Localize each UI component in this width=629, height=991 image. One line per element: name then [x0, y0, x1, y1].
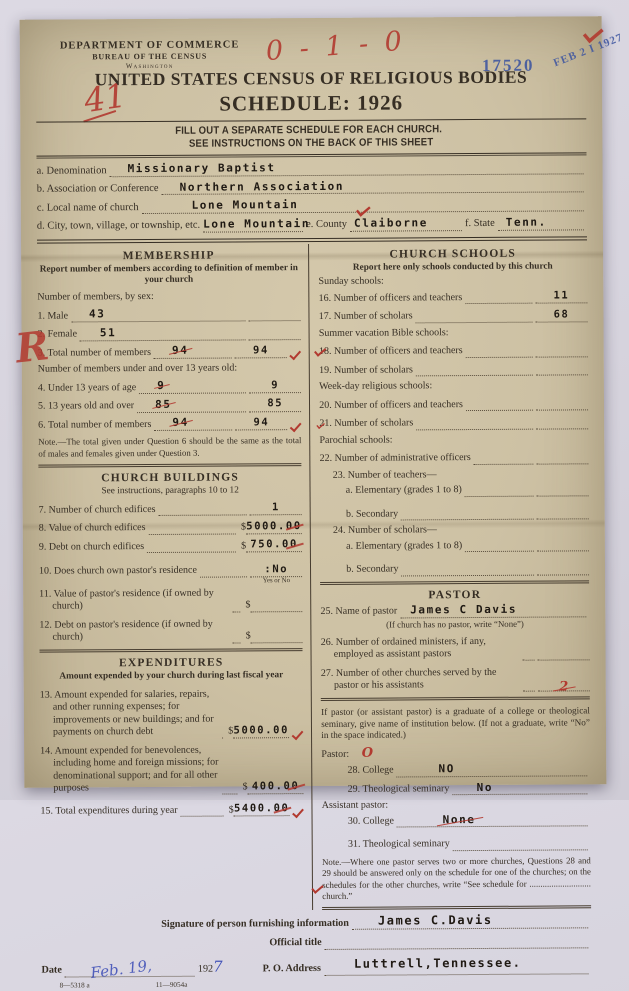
q9-leader	[147, 541, 236, 554]
association-row: b. Association or Conference Northern As…	[37, 179, 587, 195]
q20-row: 20. Number of officers and teachers	[319, 398, 588, 412]
q26-answer	[538, 648, 590, 660]
expenditures-subheading: Amount expended by your church during la…	[40, 670, 303, 683]
summer-schools-label: Summer vacation Bible schools:	[319, 326, 588, 340]
q6-row: 6. Total number of members 94 94	[38, 418, 301, 432]
q7-row: 7. Number of church edifices 1	[39, 503, 302, 517]
banner-left-text: FILL OUT A SEPARATE SCHEDULE FOR EACH CH…	[175, 123, 442, 138]
city-county-state-row: d. City, town, village, or township, etc…	[37, 217, 587, 233]
denomination-row: a. Denomination Missionary Baptist	[37, 161, 587, 177]
denomination-field: Missionary Baptist	[110, 162, 584, 177]
city-value: Lone Mountain	[203, 217, 310, 231]
q17-label: 17. Number of scholars	[319, 311, 413, 324]
q7-answer: 1	[250, 503, 302, 515]
q23a-row: a. Elementary (grades 1 to 8)	[320, 484, 589, 498]
q20-label: 20. Number of officers and teachers	[319, 399, 463, 412]
q29-value: No	[477, 781, 494, 795]
q5-row: 5. 13 years old and over 85 85	[38, 399, 301, 413]
sunday-schools-label: Sunday schools:	[318, 275, 587, 289]
q24b-leader	[401, 564, 534, 577]
state-value: Tenn.	[506, 215, 547, 229]
margin-letter: R	[13, 321, 52, 374]
q8-answer: 5000.00	[246, 522, 302, 534]
pastor-heading: PASTOR	[320, 587, 589, 603]
q18-leader	[466, 346, 533, 358]
denomination-label: a. Denomination	[37, 164, 107, 178]
q19-answer	[536, 364, 588, 376]
q9-value: 750.00	[246, 538, 302, 551]
rule	[321, 696, 590, 701]
census-schedule-form: DEPARTMENT OF COMMERCE BUREAU OF THE CEN…	[20, 16, 607, 788]
local-name-value: Lone Mountain	[192, 198, 299, 212]
city-field: Lone Mountain	[203, 220, 303, 233]
schools-heading: CHURCH SCHOOLS	[318, 246, 587, 262]
graduate-instruction: If pastor (or assistant pastor) is a gra…	[321, 705, 590, 742]
q6-answer: 94	[235, 418, 287, 430]
q8-value: 5000.00	[246, 520, 302, 533]
q23a-leader	[465, 485, 534, 497]
q24b-label: b. Secondary	[346, 564, 398, 577]
q14-row: 14. Amount expended for benevolences, in…	[40, 744, 304, 796]
q13-row: 13. Amount expended for salaries, repair…	[40, 688, 304, 740]
q3-value: 94	[235, 344, 287, 357]
q19-leader	[416, 364, 533, 377]
q10-answer: :No Yes or No	[250, 565, 302, 577]
rule	[320, 580, 589, 585]
q5-label: 5. 13 years old and over	[38, 400, 134, 413]
q13-answer: 5000.00	[233, 726, 289, 738]
q8-label: 8. Value of church edifices	[39, 522, 146, 535]
q1-row: 1. Male 43	[37, 309, 300, 323]
q17-row: 17. Number of scholars 68	[319, 310, 588, 324]
members-by-sex-label: Number of members, by sex:	[37, 290, 300, 304]
check-icon	[292, 728, 304, 740]
q17-value: 68	[535, 308, 587, 321]
buildings-heading: CHURCH BUILDINGS	[38, 470, 301, 486]
q25-caption: (If church has no pastor, write “None”)	[321, 618, 590, 631]
parochial-schools-label: Parochial schools:	[319, 433, 588, 447]
q3-label: 3. Total number of members	[38, 347, 151, 360]
agency-block: DEPARTMENT OF COMMERCE BUREAU OF THE CEN…	[60, 38, 240, 71]
q26-leader	[523, 648, 535, 660]
q23b-answer	[537, 508, 589, 520]
q23b-label: b. Secondary	[346, 508, 398, 521]
q4-row: 4. Under 13 years of age 9 9	[38, 381, 301, 395]
county-label: e. County	[306, 218, 347, 231]
schools-subheading: Report here only schools conducted by th…	[318, 261, 587, 274]
q3-leader: 94	[154, 347, 232, 359]
q23b-row: b. Secondary	[320, 507, 589, 521]
department-line: DEPARTMENT OF COMMERCE	[60, 38, 240, 52]
q23-label: 23. Number of teachers—	[320, 468, 589, 482]
q7-value: 1	[250, 501, 302, 514]
q22-answer	[536, 452, 588, 464]
q21-answer	[536, 417, 588, 429]
weekday-schools-label: Week-day religious schools:	[319, 380, 588, 394]
q8-leader	[148, 522, 236, 535]
q24-label: 24. Number of scholars—	[320, 524, 589, 538]
q10-value: :No	[250, 563, 302, 576]
q5-value: 85	[249, 398, 301, 411]
q6-value: 94	[235, 416, 287, 429]
q10-label: 10. Does church own pastor's residence	[39, 565, 197, 578]
q5-entry-struck: 85	[155, 398, 172, 412]
q6-leader: 94	[154, 419, 232, 431]
check-icon	[290, 420, 302, 432]
q22-label: 22. Number of administrative officers	[320, 453, 471, 466]
q27-answer: 2	[538, 679, 590, 691]
membership-subheading: Report number of members according to de…	[37, 263, 300, 288]
rule	[40, 648, 303, 653]
q4-value: 9	[249, 379, 301, 392]
q14-leader	[222, 782, 237, 794]
q19-label: 19. Number of scholars	[319, 364, 413, 377]
q23b-leader	[401, 508, 534, 521]
q5-leader: 85	[137, 400, 246, 413]
q11-answer	[250, 600, 302, 612]
q24b-answer	[537, 563, 589, 575]
q11-row: 11. Value of pastor's residence (if owne…	[39, 587, 302, 614]
q24a-row: a. Elementary (grades 1 to 8)	[320, 539, 589, 553]
q18-answer	[536, 345, 588, 357]
q12-leader	[232, 631, 241, 643]
q26-row: 26. Number of ordained ministers, if any…	[321, 635, 590, 662]
left-column: MEMBERSHIP Report number of members acco…	[37, 244, 313, 800]
q18-label: 18. Number of officers and teachers	[319, 346, 463, 359]
association-field: Northern Association	[162, 181, 584, 196]
members-by-age-label: Number of members under and over 13 year…	[38, 362, 301, 376]
city-label: d. City, town, village, or township, etc…	[37, 219, 200, 233]
local-name-label: c. Local name of church	[37, 201, 139, 215]
q14-value: 400.00	[248, 780, 304, 793]
buildings-subheading: See instructions, paragraphs 10 to 12	[39, 485, 302, 498]
q3-entry-struck: 94	[172, 344, 189, 358]
q16-row: 16. Number of officers and teachers 11	[319, 291, 588, 305]
denomination-value: Missionary Baptist	[128, 161, 276, 176]
q25-label: 25. Name of pastor	[320, 606, 397, 619]
q25-leader: James C Davis	[400, 605, 586, 618]
q28-leader: NO	[397, 764, 588, 777]
q12-answer	[251, 631, 303, 643]
q4-answer: 9	[249, 381, 301, 393]
q27-leader	[523, 679, 535, 691]
form-title: UNITED STATES CENSUS OF RELIGIOUS BODIES	[36, 66, 586, 91]
q1-leader: 43	[71, 310, 246, 323]
q7-leader	[159, 504, 247, 517]
county-value: Claiborne	[354, 216, 428, 230]
q24b-row: b. Secondary	[320, 563, 589, 577]
q28-row: 28. College NO	[321, 764, 590, 778]
q19-row: 19. Number of scholars	[319, 363, 588, 377]
q13-value: 5000.00	[233, 724, 289, 737]
form-header: DEPARTMENT OF COMMERCE BUREAU OF THE CEN…	[36, 22, 587, 121]
q2-entry: 51	[100, 326, 117, 340]
q21-row: 21. Number of scholars	[319, 417, 588, 431]
state-label: f. State	[465, 217, 495, 230]
q4-label: 4. Under 13 years of age	[38, 382, 136, 395]
q9-answer: 750.00	[246, 540, 302, 552]
q20-leader	[466, 399, 533, 411]
q26-label: 26. Number of ordained ministers, if any…	[321, 636, 520, 662]
q27-row: 27. Number of other churches served by t…	[321, 666, 590, 693]
state-field: Tenn.	[498, 218, 584, 231]
q27-label: 27. Number of other churches served by t…	[321, 667, 520, 693]
q14-label: 14. Amount expended for benevolences, in…	[40, 744, 219, 795]
q11-label: 11. Value of pastor's residence (if owne…	[39, 587, 229, 613]
q1-entry: 43	[89, 308, 106, 322]
q12-row: 12. Debt on pastor's residence (if owned…	[39, 618, 302, 645]
q24a-label: a. Elementary (grades 1 to 8)	[346, 540, 462, 553]
q10-row: 10. Does church own pastor's residence :…	[39, 564, 302, 578]
q22-row: 22. Number of administrative officers	[320, 452, 589, 466]
membership-heading: MEMBERSHIP	[37, 248, 300, 264]
q16-value: 11	[535, 290, 587, 303]
local-name-row: c. Local name of church Lone Mountain	[37, 198, 587, 214]
q2-row: 2. Female 51	[38, 327, 301, 341]
membership-note: Note.—The total given under Question 6 s…	[38, 435, 301, 459]
q29-label: 29. Theological seminary	[322, 783, 450, 796]
q10-yes-or-no-caption: Yes or No	[250, 577, 302, 586]
q28-label: 28. College	[321, 765, 393, 778]
handwritten-code: 0 - 1 - 0	[265, 25, 407, 69]
q2-answer	[249, 328, 301, 340]
q5-answer: 85	[249, 400, 301, 412]
q22-leader	[474, 453, 534, 465]
q21-leader	[416, 418, 533, 431]
q23a-label: a. Elementary (grades 1 to 8)	[346, 485, 462, 498]
q20-answer	[536, 399, 588, 411]
q13-leader	[222, 726, 223, 738]
form-subtitle: SCHEDULE: 1926	[36, 88, 586, 118]
q9-label: 9. Debt on church edifices	[39, 541, 144, 554]
q4-entry-struck: 9	[157, 379, 165, 393]
q13-label: 13. Amount expended for salaries, repair…	[40, 688, 219, 739]
q24a-answer	[537, 540, 589, 552]
q7-label: 7. Number of church edifices	[39, 504, 156, 517]
q23a-answer	[537, 484, 589, 496]
q29-leader: No	[452, 783, 587, 796]
expenditures-heading: EXPENDITURES	[40, 655, 303, 671]
q3-answer: 94	[235, 346, 287, 358]
q12-label: 12. Debt on pastor's residence (if owned…	[39, 618, 229, 644]
association-label: b. Association or Conference	[37, 182, 159, 196]
pastor-subsection-label: Pastor: O	[321, 744, 590, 762]
q17-leader	[416, 311, 533, 324]
q27-value: 2	[559, 679, 568, 694]
q24a-leader	[465, 540, 534, 552]
banner-right-text: SEE INSTRUCTIONS ON THE BACK OF THIS SHE…	[189, 136, 433, 151]
rule	[38, 463, 301, 468]
q29-row: 29. Theological seminary No	[322, 782, 591, 796]
q16-leader	[465, 292, 532, 304]
check-icon	[290, 348, 302, 360]
q25-row: 25. Name of pastor James C Davis	[320, 605, 589, 619]
q6-entry-struck: 94	[172, 416, 189, 430]
church-identity-section: R a. Denomination Missionary Baptist b. …	[37, 161, 587, 233]
instruction-banner: FILL OUT A SEPARATE SCHEDULE FOR EACH CH…	[36, 118, 586, 156]
q16-answer: 11	[535, 292, 587, 304]
q8-row: 8. Value of church edifices $ 5000.00	[39, 521, 302, 535]
q17-answer: 68	[535, 310, 587, 322]
q10-leader	[200, 565, 247, 577]
q14-answer: 400.00	[248, 782, 304, 794]
right-column: CHURCH SCHOOLS Report here only schools …	[309, 242, 591, 800]
county-field: Claiborne	[350, 219, 462, 232]
q18-row: 18. Number of officers and teachers	[319, 345, 588, 359]
q3-row: 3. Total number of members 94 94	[38, 346, 301, 360]
q25-value: James C Davis	[410, 603, 517, 617]
q11-leader	[232, 600, 241, 612]
q2-leader: 51	[80, 328, 246, 341]
pastor-handwritten-mark: O	[362, 746, 373, 761]
q9-row: 9. Debt on church edifices $ 750.00	[39, 540, 302, 554]
association-value: Northern Association	[180, 179, 345, 194]
q28-value: NO	[439, 762, 456, 776]
form-body-columns: MEMBERSHIP Report number of members acco…	[37, 242, 591, 800]
q16-label: 16. Number of officers and teachers	[319, 292, 463, 305]
pastor-word: Pastor:	[321, 749, 349, 760]
q1-answer	[249, 309, 301, 321]
q21-label: 21. Number of scholars	[319, 418, 413, 431]
q6-label: 6. Total number of members	[38, 419, 151, 432]
q4-leader: 9	[139, 382, 246, 395]
